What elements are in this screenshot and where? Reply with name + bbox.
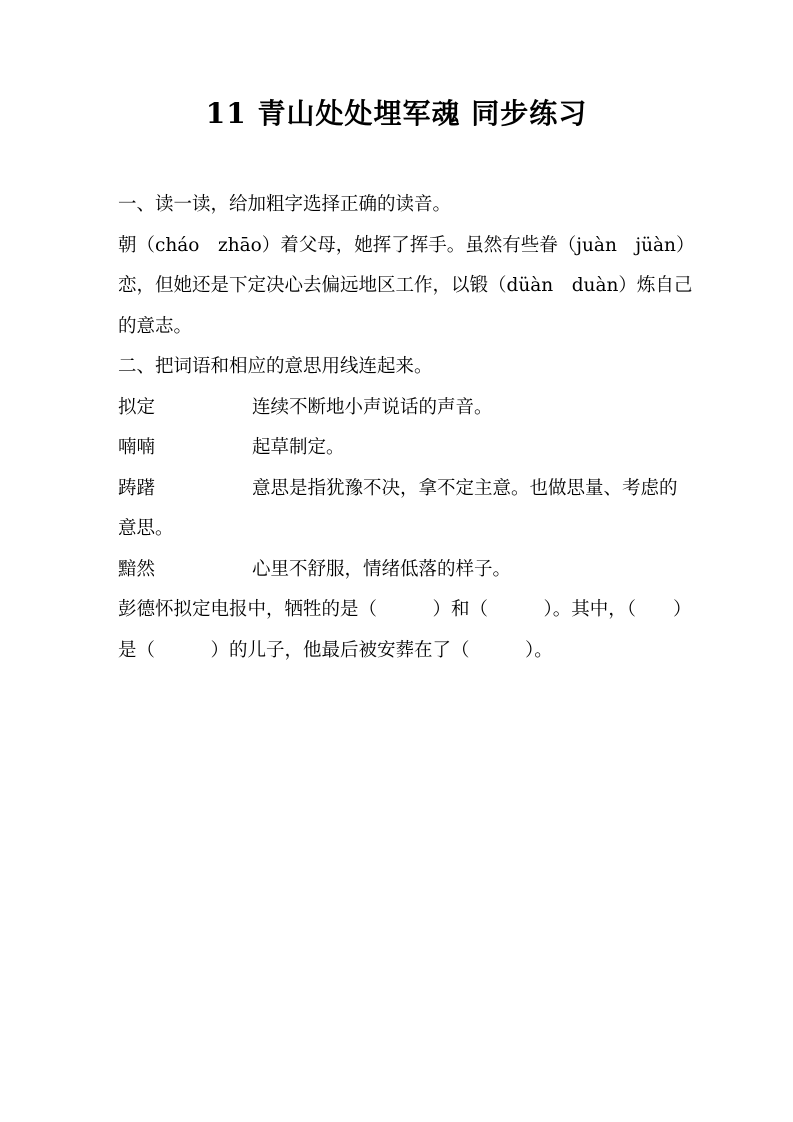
match-row: 拟定连续不断地小声说话的声音。 [118,388,678,429]
exercise1-text-line: 恋，但她还是下定决心去偏远地区工作，以锻（düàn duàn）炼自己 [118,266,678,307]
section-heading-2: 二、把词语和相应的意思用线连起来。 [118,347,678,388]
match-definition: 起草制定。 [252,437,345,458]
match-definition-continuation: 意思。 [118,509,678,550]
worksheet-page: 11 青山处处埋军魂 同步练习 一、读一读，给加粗字选择正确的读音。 朝（chá… [0,0,793,1122]
match-definition: 心里不舒服，情绪低落的样子。 [252,559,511,580]
fill-blank-line: 彭德怀拟定电报中，牺牲的是（ ）和（ ）。其中，（ ） [118,590,678,631]
match-word: 黯然 [118,550,252,591]
fill-blank-line: 是（ ）的儿子，他最后被安葬在了（ ）。 [118,631,678,672]
section-heading-1: 一、读一读，给加粗字选择正确的读音。 [118,185,678,226]
match-word: 踌躇 [118,469,252,510]
match-row: 踌躇意思是指犹豫不决，拿不定主意。也做思量、考虑的 [118,469,678,510]
match-word: 拟定 [118,388,252,429]
exercise1-text-line: 的意志。 [118,307,678,348]
match-definition: 连续不断地小声说话的声音。 [252,397,493,418]
doc-body: 一、读一读，给加粗字选择正确的读音。 朝（cháo zhāo）着父母，她挥了挥手… [118,185,678,671]
exercise1-text-line: 朝（cháo zhāo）着父母，她挥了挥手。虽然有些眷（juàn jüàn） [118,226,678,267]
match-word: 喃喃 [118,428,252,469]
match-row: 喃喃起草制定。 [118,428,678,469]
match-row: 黯然心里不舒服，情绪低落的样子。 [118,550,678,591]
page-title: 11 青山处处埋军魂 同步练习 [0,0,793,132]
match-definition: 意思是指犹豫不决，拿不定主意。也做思量、考虑的 [252,478,678,499]
